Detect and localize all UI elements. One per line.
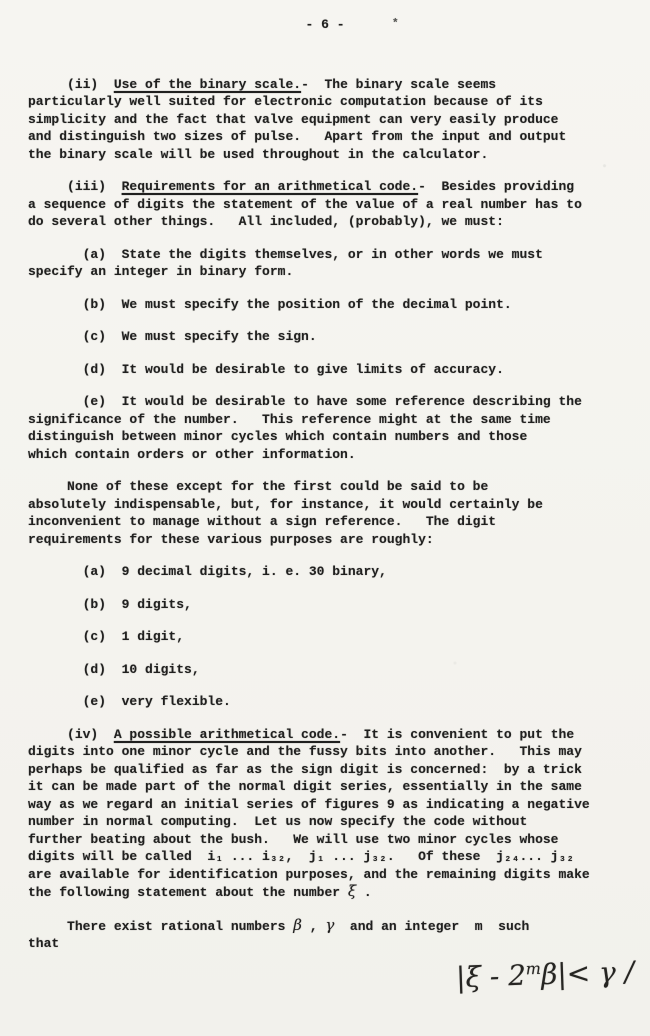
beta-symbol: β	[293, 916, 302, 934]
formula-left: |ξ - 2	[455, 959, 526, 994]
ink-smudge: *	[392, 16, 399, 34]
section-marker: (ii)	[28, 77, 114, 92]
section-iii: (iii) Requirements for an arithmetical c…	[28, 178, 630, 231]
text-line: do several other things. All included, (…	[28, 213, 630, 231]
list-item-d: (d) It would be desirable to give limits…	[28, 361, 630, 379]
text-line: (b) We must specify the position of the …	[28, 296, 630, 314]
text-line: (d) 10 digits,	[28, 661, 630, 679]
text-line: simplicity and the fact that valve equip…	[28, 111, 630, 129]
section-iv-heading-line: (iv) A possible arithmetical code.- It i…	[28, 726, 630, 744]
text-line: (a) State the digits themselves, or in o…	[28, 246, 630, 264]
text-line: a sequence of digits the statement of th…	[28, 196, 630, 214]
section-title: Requirements for an arithmetical code.	[122, 179, 418, 194]
document-page: - 6 - * (ii) Use of the binary scale.- T…	[0, 0, 650, 1036]
page-header: - 6 -	[0, 0, 650, 34]
text-line: way as we regard an initial series of fi…	[28, 796, 630, 814]
text-line: the binary scale will be used throughout…	[28, 146, 630, 164]
gamma-symbol: γ	[325, 916, 334, 934]
page-number: - 6 -	[305, 17, 344, 32]
text-line-with-symbol: the following statement about the number…	[28, 883, 630, 902]
xi-symbol: ξ	[348, 882, 356, 900]
text-line: perhaps be qualified as far as the sign …	[28, 761, 630, 779]
section-ii: (ii) Use of the binary scale.- The binar…	[28, 76, 630, 164]
list-item-b: (b) We must specify the position of the …	[28, 296, 630, 314]
text-line: None of these except for the first could…	[28, 478, 630, 496]
text-line: inconvenient to manage without a sign re…	[28, 513, 630, 531]
text-line: particularly well suited for electronic …	[28, 93, 630, 111]
text-line: (d) It would be desirable to give limits…	[28, 361, 630, 379]
text-line: number in normal computing. Let us now s…	[28, 813, 630, 831]
text-line: digits will be called i₁ ... i₃₂, j₁ ...…	[28, 848, 630, 866]
section-marker: (iii)	[28, 179, 122, 194]
formula-right: β|< γ /	[540, 955, 634, 991]
paragraph-there-exist: There exist rational numbers β , γ and a…	[28, 917, 630, 953]
text-line: (a) 9 decimal digits, i. e. 30 binary,	[28, 563, 630, 581]
text-line: (e) It would be desirable to have some r…	[28, 393, 630, 411]
section-title: Use of the binary scale.	[114, 77, 301, 92]
text-line: (e) very flexible.	[28, 693, 630, 711]
text-line: which contain orders or other informatio…	[28, 446, 630, 464]
text-line: digits into one minor cycle and the fuss…	[28, 743, 630, 761]
heading-continuation: - It is convenient to put the	[340, 727, 574, 742]
text-line-with-symbol: There exist rational numbers β , γ and a…	[28, 917, 630, 936]
text-line: (b) 9 digits,	[28, 596, 630, 614]
digit-list-item-c: (c) 1 digit,	[28, 628, 630, 646]
digit-list-item-d: (d) 10 digits,	[28, 661, 630, 679]
text-line: absolutely indispensable, but, for insta…	[28, 496, 630, 514]
section-iv: (iv) A possible arithmetical code.- It i…	[28, 726, 630, 902]
document-body: (ii) Use of the binary scale.- The binar…	[28, 76, 630, 953]
text-line: significance of the number. This referen…	[28, 411, 630, 429]
section-ii-heading-line: (ii) Use of the binary scale.- The binar…	[28, 76, 630, 94]
text-line: requirements for these various purposes …	[28, 531, 630, 549]
heading-continuation: - Besides providing	[418, 179, 574, 194]
text-line: that	[28, 935, 630, 953]
text-line: distinguish between minor cycles which c…	[28, 428, 630, 446]
formula-exponent: m	[525, 959, 541, 979]
section-title: A possible arithmetical code.	[114, 727, 340, 742]
digit-list-item-b: (b) 9 digits,	[28, 596, 630, 614]
text-line: further beating about the bush. We will …	[28, 831, 630, 849]
section-marker: (iv)	[28, 727, 114, 742]
text-line: (c) We must specify the sign.	[28, 328, 630, 346]
text-line: are available for identification purpose…	[28, 866, 630, 884]
digit-list-item-a: (a) 9 decimal digits, i. e. 30 binary,	[28, 563, 630, 581]
paragraph-none-indispensable: None of these except for the first could…	[28, 478, 630, 548]
digit-list-item-e: (e) very flexible.	[28, 693, 630, 711]
list-item-c: (c) We must specify the sign.	[28, 328, 630, 346]
text-line: and distinguish two sizes of pulse. Apar…	[28, 128, 630, 146]
heading-continuation: - The binary scale seems	[301, 77, 496, 92]
list-item-a: (a) State the digits themselves, or in o…	[28, 246, 630, 281]
text-line: it can be made part of the normal digit …	[28, 778, 630, 796]
list-item-e: (e) It would be desirable to have some r…	[28, 393, 630, 463]
text-line: (c) 1 digit,	[28, 628, 630, 646]
text-line: specify an integer in binary form.	[28, 263, 630, 281]
handwritten-formula: |ξ - 2mβ|< γ /	[455, 955, 634, 994]
section-iii-heading-line: (iii) Requirements for an arithmetical c…	[28, 178, 630, 196]
